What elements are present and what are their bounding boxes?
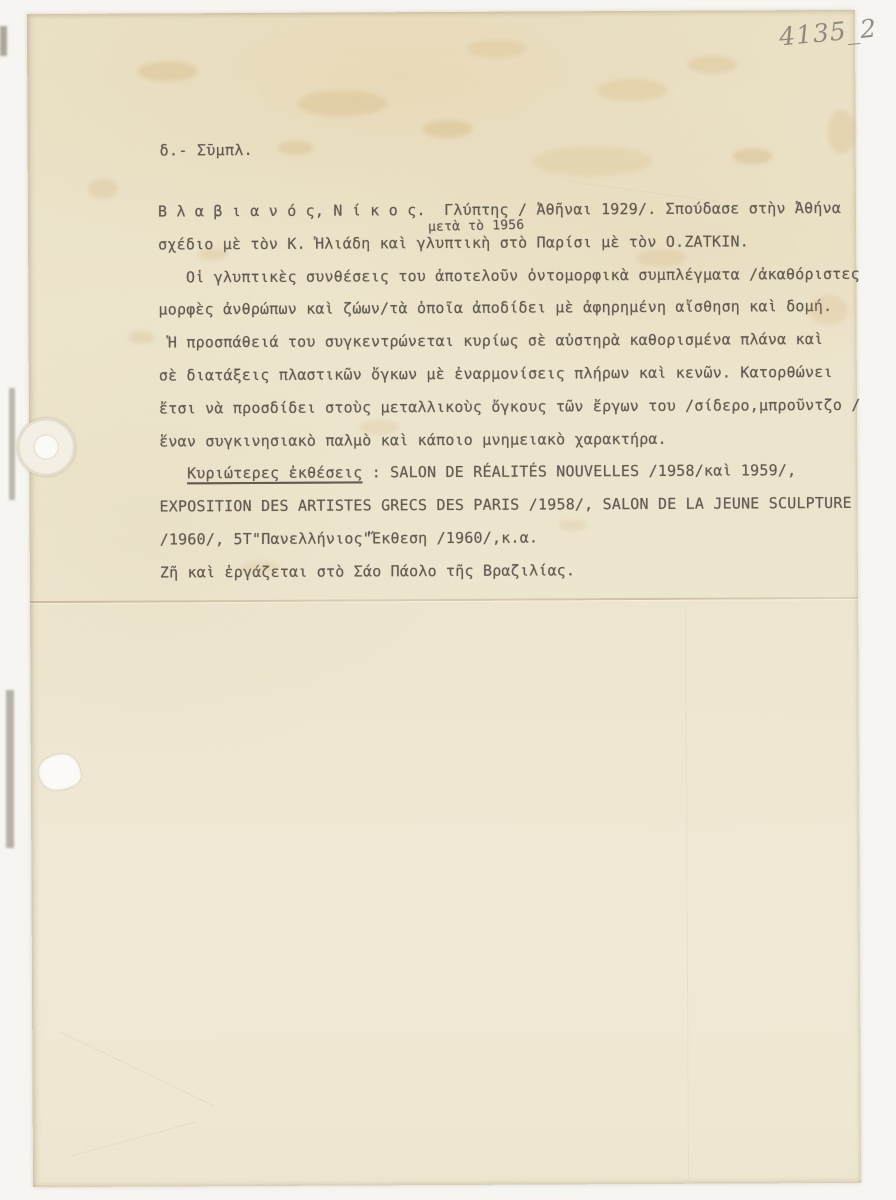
text-segment: Β λ α β ι α ν ό ς, Ν ί κ ο ς. Γλύπτης / … (158, 199, 841, 221)
scanner-edge-shadow (6, 690, 14, 848)
text-line: Κυριώτερες ἐκθέσεις : SALON DE RÉALITÉS … (159, 454, 875, 491)
text-line: Οἱ γλυπτικὲς συνθέσεις του ἀποτελοῦν ὀντ… (158, 257, 874, 294)
scanner-edge-shadow (9, 388, 15, 500)
text-segment (159, 465, 187, 483)
heading-line: δ.- Σ̄υμπλ. (160, 141, 253, 159)
crease-line (61, 1032, 215, 1107)
text-line: Ζῆ καὶ ἐργάζεται στὸ Σάο Πάολο τῆς Βραζι… (160, 553, 876, 590)
punch-hole-torn (39, 754, 81, 790)
text-segment: Ἡ προσπάθειά του συγκεντρώνεται κυρίως σ… (159, 330, 824, 351)
text-line: EXPOSITION DES ARTISTES GRECS DES PARIS … (159, 487, 875, 524)
text-segment: μορφὲς ἀνθρώπων καὶ ζώων/τὰ ὁποῖα ἀποδίδ… (158, 297, 832, 319)
text-segment: : SALON DE RÉALITÉS NOUVELLES /1958/καὶ … (362, 462, 796, 482)
text-line: σχέδιο μὲ τὸν Κ. Ἠλιάδη καὶ γλυπτικὴ στὸ… (158, 225, 874, 262)
catalog-mark-handwritten: 4135_2 (778, 14, 878, 52)
fold-crease (30, 597, 858, 603)
text-line: ἕναν συγκινησιακὸ παλμὸ καὶ κάποιο μνημε… (159, 421, 875, 458)
text-line: μορφὲς ἀνθρώπων καὶ ζώων/τὰ ὁποῖα ἀποδίδ… (158, 290, 874, 327)
scanned-document-screenshot: { "page": { "catalog_mark": "4135_2", "h… (0, 0, 896, 1200)
stain (137, 61, 197, 81)
stain (278, 141, 314, 155)
text-segment: EXPOSITION DES ARTISTES GRECS DES PARIS … (159, 494, 851, 516)
stain (687, 55, 737, 73)
crease-line (685, 611, 689, 1181)
text-segment: ἔτσι νὰ προσδίδει στοὺς μεταλλικοὺς ὄγκο… (159, 396, 861, 418)
text-segment: ἕναν συγκινησιακὸ παλμὸ καὶ κάποιο μνημε… (159, 429, 667, 450)
text-line: Β λ α β ι α ν ό ς, Ν ί κ ο ς. Γλύπτης / … (158, 192, 874, 229)
stain (129, 332, 155, 344)
text-line: ἔτσι νὰ προσδίδει στοὺς μεταλλικοὺς ὄγκο… (159, 389, 875, 426)
stain (827, 110, 855, 154)
text-line: Ἡ προσπάθειά του συγκεντρώνεται κυρίως σ… (159, 323, 875, 360)
paper-sheet: 4135_2 δ.- Σ̄υμπλ. μετὰ τὸ 1956 Β λ α β … (27, 10, 861, 1187)
stain (467, 40, 527, 58)
stain (297, 90, 387, 116)
stain (88, 179, 118, 199)
text-line: /1960/, 5Τ"Πανελλήνιος"Ἔκθεση /1960/,κ.α… (160, 520, 876, 557)
text-segment: Οἱ γλυπτικὲς συνθέσεις του ἀποτελοῦν ὀντ… (158, 264, 860, 286)
text-segment: σὲ διατάξεις πλαστικῶν ὄγκων μὲ ἐναρμονί… (159, 363, 833, 385)
stain (422, 120, 472, 138)
document-body: Β λ α β ι α ν ό ς, Ν ί κ ο ς. Γλύπτης / … (158, 192, 876, 589)
stain (533, 146, 653, 177)
text-segment: Ζῆ καὶ ἐργάζεται στὸ Σάο Πάολο τῆς Βραζι… (160, 561, 575, 581)
text-line: σὲ διατάξεις πλαστικῶν ὄγκων μὲ ἐναρμονί… (159, 356, 875, 393)
crease-line (70, 1122, 196, 1157)
punch-hole-reinforced (16, 417, 76, 477)
text-segment: /1960/, 5Τ"Πανελλήνιος"Ἔκθεση /1960/,κ.α… (160, 528, 539, 548)
text-segment: σχέδιο μὲ τὸν Κ. Ἠλιάδη καὶ γλυπτικὴ στὸ… (158, 232, 749, 253)
scanner-edge-shadow (0, 26, 7, 56)
stain (733, 148, 773, 164)
underlined-text: Κυριώτερες ἐκθέσεις (187, 464, 362, 483)
stain (597, 79, 667, 101)
